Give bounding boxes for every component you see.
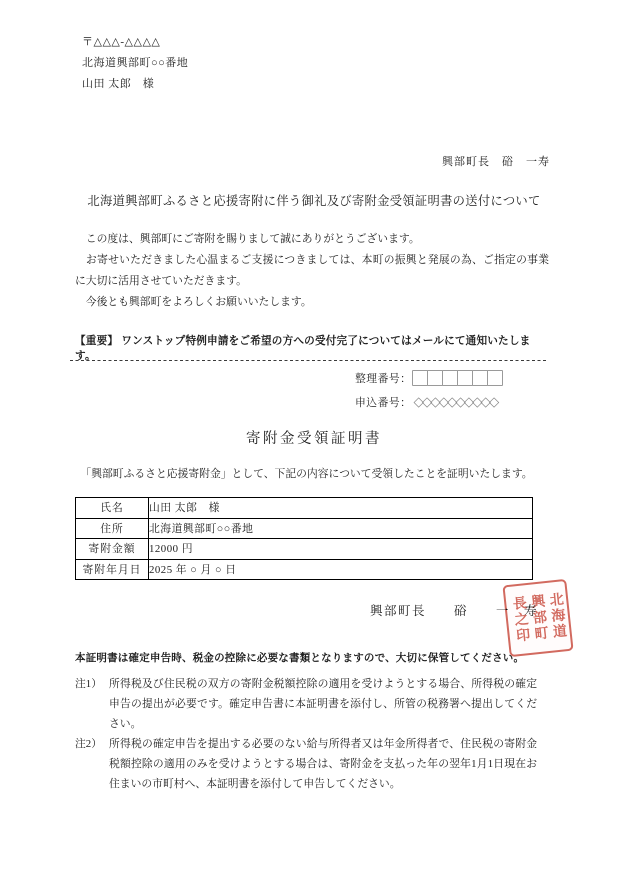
row-value-name: 山田 太郎 様 (149, 498, 533, 519)
letter-title: 北海道興部町ふるさと応援寄附に伴う御礼及び寄附金受領証明書の送付について (0, 191, 628, 209)
footnote-2-label: 注2） (75, 734, 109, 794)
table-row-name: 氏名 山田 太郎 様 (76, 498, 533, 519)
registry-number-row: 整理番号： (355, 370, 503, 386)
recipient-block: 〒△△△-△△△△ 北海道興部町○○番地 山田 太郎 様 (82, 32, 188, 95)
application-number-row: 申込番号： ◇◇◇◇◇◇◇◇◇◇ (355, 394, 497, 410)
row-label-name: 氏名 (76, 498, 149, 519)
row-label-date: 寄附年月日 (76, 559, 149, 580)
letter-paragraph-2: お寄せいただきました心温まるご支援につきましては、本町の振興と発展の為、ご指定の… (75, 250, 549, 292)
row-value-address: 北海道興部町○○番地 (149, 518, 533, 539)
important-notice: 【重要】 ワンストップ特例申請をご希望の方への受付完了についてはメールにて通知い… (75, 333, 549, 363)
dashed-separator (70, 360, 548, 361)
footnote-2-text: 所得税の確定申告を提出する必要のない給与所得者又は年金所得者で、住民税の寄附金税… (109, 734, 537, 794)
footnote-2: 注2） 所得税の確定申告を提出する必要のない給与所得者又は年金所得者で、住民税の… (75, 734, 537, 794)
certificate-intro: 「興部町ふるさと応援寄附金」として、下記の内容について受領したことを証明いたしま… (75, 466, 551, 481)
seal-column-middle: 興部町 (529, 593, 548, 642)
table-row-address: 住所 北海道興部町○○番地 (76, 518, 533, 539)
certificate-title: 寄附金受領証明書 (0, 427, 628, 448)
registry-number-box (487, 370, 503, 386)
registry-number-label: 整理番号： (355, 371, 411, 386)
table-row-amount: 寄附金額 12000 円 (76, 539, 533, 560)
row-label-address: 住所 (76, 518, 149, 539)
letter-paragraph-1: この度は、興部町にご寄附を賜りまして誠にありがとうございます。 (75, 229, 549, 250)
footnote-1-label: 注1） (75, 674, 109, 734)
footnote-1: 注1） 所得税及び住民税の双方の寄附金税額控除の適用を受けようとする場合、所得税… (75, 674, 537, 734)
registry-number-box (457, 370, 473, 386)
row-value-amount: 12000 円 (149, 539, 533, 560)
official-seal-stamp: 北海道 興部町 長之印 (502, 579, 573, 657)
seal-column-right: 北海道 (547, 591, 566, 640)
seal-column-left: 長之印 (510, 595, 529, 644)
application-number-label: 申込番号： (355, 395, 411, 410)
letter-body: この度は、興部町にご寄附を賜りまして誠にありがとうございます。 お寄せいただきま… (75, 229, 549, 313)
footnotes: 注1） 所得税及び住民税の双方の寄附金税額控除の適用を受けようとする場合、所得税… (75, 674, 537, 794)
registry-number-box (442, 370, 458, 386)
application-number-placeholder: ◇◇◇◇◇◇◇◇◇◇ (413, 394, 497, 410)
recipient-name: 山田 太郎 様 (82, 74, 188, 95)
footnote-1-text: 所得税及び住民税の双方の寄附金税額控除の適用を受けようとする場合、所得税の確定申… (109, 674, 537, 734)
certificate-table: 氏名 山田 太郎 様 住所 北海道興部町○○番地 寄附金額 12000 円 寄附… (75, 497, 533, 580)
document-page: 〒△△△-△△△△ 北海道興部町○○番地 山田 太郎 様 興部町長 硲 一寿 北… (0, 0, 628, 891)
table-row-date: 寄附年月日 2025 年 ○ 月 ○ 日 (76, 559, 533, 580)
keep-document-notice: 本証明書は確定申告時、税金の控除に必要な書類となりますので、大切に保管してくださ… (75, 650, 555, 665)
registry-number-box (427, 370, 443, 386)
letter-paragraph-3: 今後とも興部町をよろしくお願いいたします。 (75, 292, 549, 313)
sender-line: 興部町長 硲 一寿 (442, 153, 550, 169)
recipient-address: 北海道興部町○○番地 (82, 53, 188, 74)
row-label-amount: 寄附金額 (76, 539, 149, 560)
registry-number-box (412, 370, 428, 386)
registry-number-boxes (413, 370, 503, 386)
recipient-postal-code: 〒△△△-△△△△ (82, 32, 188, 53)
row-value-date: 2025 年 ○ 月 ○ 日 (149, 559, 533, 580)
registry-number-box (472, 370, 488, 386)
